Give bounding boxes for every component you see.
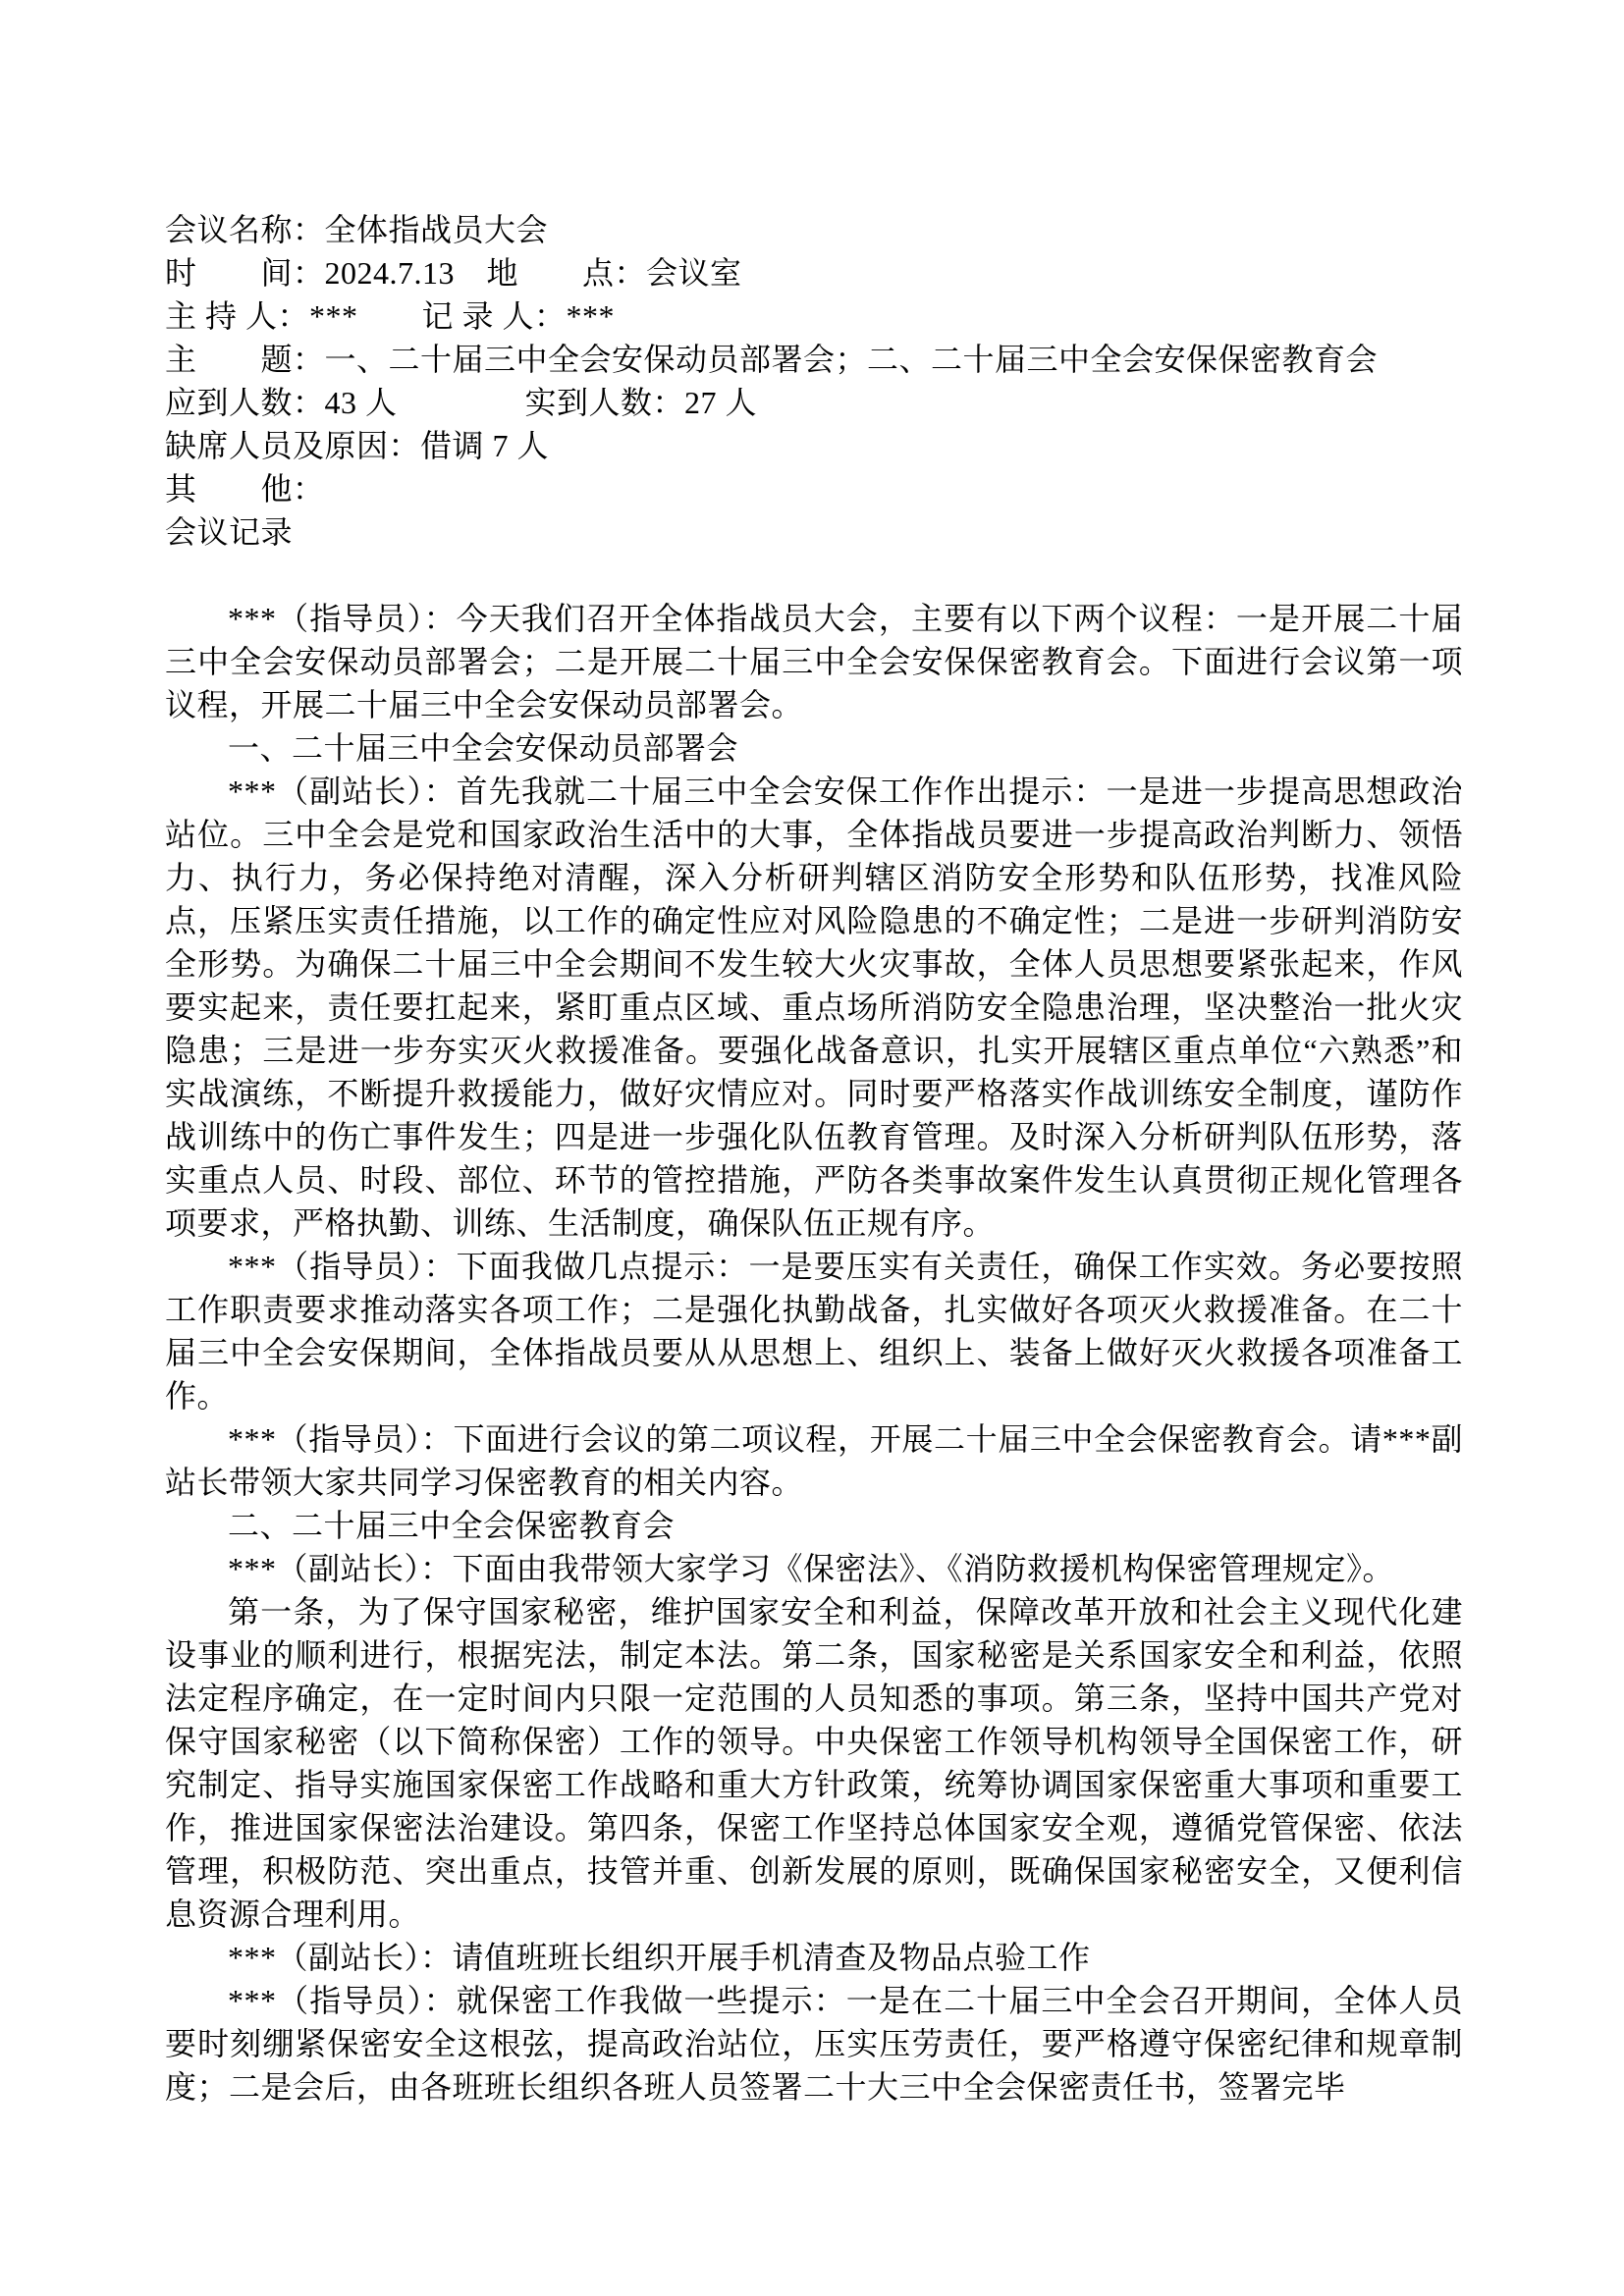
document-content: 会议名称：全体指战员大会 时 间：2024.7.13 地 点：会议室 主 持 人… xyxy=(165,208,1463,2109)
instructor-secrecy-remarks-paragraph: ***（指导员）：就保密工作我做一些提示：一是在二十届三中全会召开期间，全体人员… xyxy=(165,1979,1463,2109)
document-sheet: 会议名称：全体指战员大会 时 间：2024.7.13 地 点：会议室 主 持 人… xyxy=(0,0,1624,2296)
deputy-head-study-intro-paragraph: ***（副站长）：下面由我带领大家学习《保密法》、《消防救援机构保密管理规定》。 xyxy=(165,1547,1463,1590)
section-1-heading: 一、二十届三中全会安保动员部署会 xyxy=(165,726,1463,770)
deputy-head-phone-check-paragraph: ***（副站长）：请值班班长组织开展手机清查及物品点验工作 xyxy=(165,1936,1463,1979)
deputy-head-briefing-paragraph: ***（副站长）：首先我就二十届三中全会安保工作作出提示：一是进一步提高思想政治… xyxy=(165,770,1463,1245)
section-2-heading: 二、二十届三中全会保密教育会 xyxy=(165,1504,1463,1547)
meeting-name-line: 会议名称：全体指战员大会 xyxy=(165,208,1463,251)
minutes-title: 会议记录 xyxy=(165,510,1463,554)
document-page: { "doc": { "header": [ "会议名称：全体指战员大会", "… xyxy=(0,0,1624,2296)
host-recorder-line: 主 持 人：*** 记 录 人：*** xyxy=(165,294,1463,338)
attendance-line: 应到人数：43 人 实到人数：27 人 xyxy=(165,381,1463,424)
instructor-remarks-paragraph: ***（指导员）：下面我做几点提示：一是要压实有关责任，确保工作实效。务必要按照… xyxy=(165,1245,1463,1417)
topic-line: 主 题：一、二十届三中全会安保动员部署会；二、二十届三中全会安保保密教育会 xyxy=(165,338,1463,381)
other-line: 其 他： xyxy=(165,467,1463,510)
instructor-transition-paragraph: ***（指导员）：下面进行会议的第二项议程，开展二十届三中全会保密教育会。请**… xyxy=(165,1417,1463,1504)
instructor-opening-paragraph: ***（指导员）：今天我们召开全体指战员大会，主要有以下两个议程：一是开展二十届… xyxy=(165,597,1463,726)
blank-line xyxy=(165,554,1463,597)
secrecy-law-articles-paragraph: 第一条，为了保守国家秘密，维护国家安全和利益，保障改革开放和社会主义现代化建设事… xyxy=(165,1590,1463,1936)
absentees-line: 缺席人员及原因：借调 7 人 xyxy=(165,424,1463,467)
time-place-line: 时 间：2024.7.13 地 点：会议室 xyxy=(165,251,1463,294)
